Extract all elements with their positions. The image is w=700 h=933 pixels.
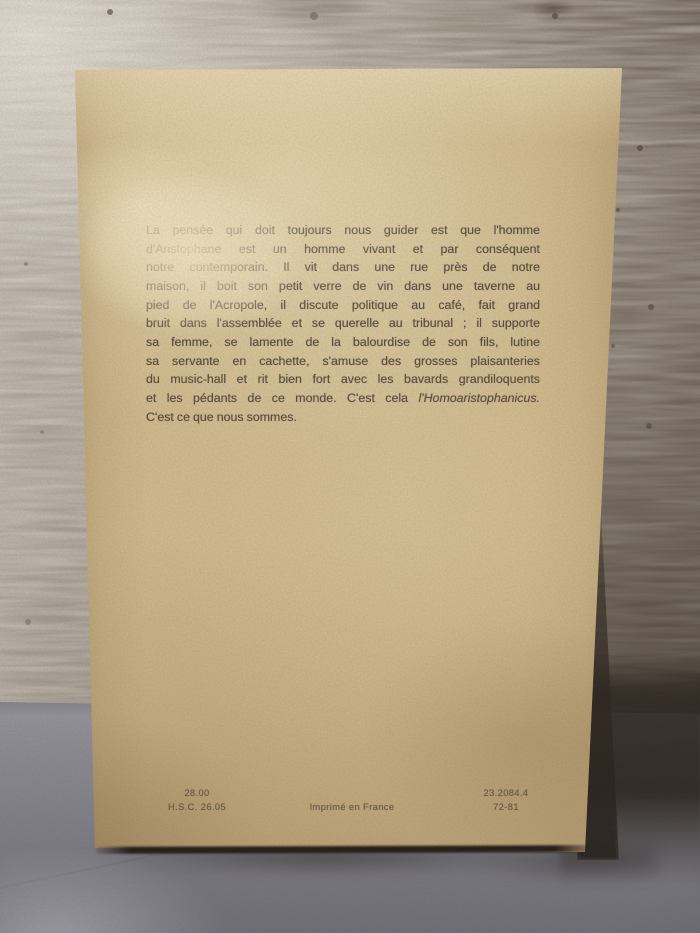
paragraph-line: La pensée qui doit toujours nous guider … (146, 221, 540, 240)
paragraph-line: et les pédants de ce monde. C'est cela l… (146, 389, 540, 408)
back-cover-text: La pensée qui doit toujours nous guider … (146, 221, 540, 426)
catalog-code-block: 23.2084.4 72-81 (456, 787, 556, 814)
paragraph-line: bruit dans l'assemblée et se querelle au… (146, 314, 540, 333)
paragraph-line: C'est ce que nous sommes. (146, 408, 540, 427)
code-line2: 72-81 (456, 801, 556, 815)
price-line2: H.S.C. 26.05 (147, 801, 247, 815)
wall-speckles (0, 0, 4, 4)
code-line1: 23.2084.4 (456, 787, 556, 801)
imprint-block: Imprimé en France (302, 801, 402, 815)
book-back-cover: La pensée qui doit toujours nous guider … (72, 58, 624, 858)
cover-paper (72, 58, 624, 858)
price-line1: 28.00 (147, 787, 247, 801)
paragraph-line: d'Aristophane est un homme vivant et par… (146, 240, 540, 259)
paragraph-line: sa femme, se lamente de la balourdise de… (146, 333, 540, 352)
paragraph-line: pied de l'Acropole, il discute politique… (146, 296, 540, 315)
paragraph-line: notre contemporain. Il vit dans une rue … (146, 258, 540, 277)
price-block: 28.00 H.S.C. 26.05 (147, 787, 247, 814)
paragraph-line: maison, il boit son petit verre de vin d… (146, 277, 540, 296)
paragraph-line: sa servante en cachette, s'amuse des gro… (146, 352, 540, 371)
photo-of-book-back-cover: La pensée qui doit toujours nous guider … (0, 0, 700, 933)
paragraph-line: du music-hall et rit bien fort avec les … (146, 370, 540, 389)
imprint-text: Imprimé en France (302, 801, 402, 815)
